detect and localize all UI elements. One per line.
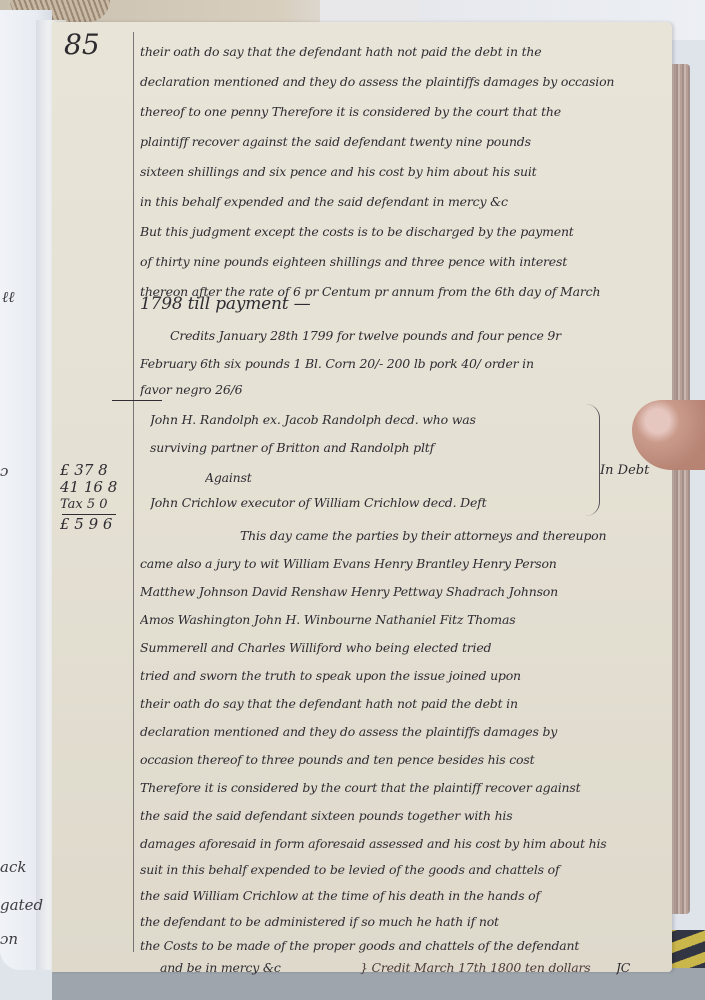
- folio-number: 85: [64, 28, 100, 61]
- text-line: the said the said defendant sixteen poun…: [140, 808, 670, 823]
- text-line: Amos Washington John H. Winbourne Nathan…: [140, 612, 670, 627]
- text-line: declaration mentioned and they do assess…: [140, 74, 670, 89]
- margin-sum-line: 41 16 8: [60, 479, 117, 496]
- text-line: But this judgment except the costs is to…: [140, 224, 670, 239]
- text-line: their oath do say that the defendant hat…: [140, 696, 670, 711]
- text-line: tried and sworn the truth to speak upon …: [140, 668, 670, 683]
- credit-line: Credits January 28th 1799 for twelve pou…: [170, 328, 700, 343]
- text-line: and be in mercy &c: [160, 960, 370, 975]
- text-line: the defendant to be administered if so m…: [140, 914, 670, 929]
- left-page-text: ɔ: [0, 462, 8, 480]
- margin-sum-line: £ 37 8: [60, 462, 108, 479]
- text-line: of thirty nine pounds eighteen shillings…: [140, 254, 670, 269]
- plaintiff-line: surviving partner of Britton and Randolp…: [150, 440, 680, 455]
- defendant-line: John Crichlow executor of William Crichl…: [150, 495, 680, 510]
- text-line: This day came the parties by their attor…: [240, 528, 705, 543]
- credit-line: February 6th six pounds 1 Bl. Corn 20/- …: [140, 356, 670, 371]
- plaintiff-line: John H. Randolph ex. Jacob Randolph decd…: [150, 412, 680, 427]
- margin-sum-total: £ 5 9 6: [60, 516, 112, 533]
- text-line: in this behalf expended and the said def…: [140, 194, 670, 209]
- text-line: their oath do say that the defendant hat…: [140, 44, 670, 59]
- text-line: Matthew Johnson David Renshaw Henry Pett…: [140, 584, 670, 599]
- text-line: came also a jury to wit William Evans He…: [140, 556, 670, 571]
- left-page-text: ɔn: [0, 930, 18, 948]
- text-line: suit in this behalf expended to be levie…: [140, 862, 670, 877]
- text-line: 1798 till payment —: [140, 294, 670, 314]
- left-page-text: gated: [0, 896, 43, 914]
- case-brace: [583, 404, 600, 516]
- margin-sum-line: Tax 5 0: [60, 496, 108, 513]
- text-line: declaration mentioned and they do assess…: [140, 724, 670, 739]
- action-label: In Debt: [600, 463, 649, 478]
- initials-mark: JC: [616, 960, 656, 975]
- text-line: occasion thereof to three pounds and ten…: [140, 752, 670, 767]
- text-line: plaintiff recover against the said defen…: [140, 134, 670, 149]
- left-page-text: ℓℓ: [2, 288, 15, 307]
- section-divider: [112, 400, 162, 401]
- final-credit: } Credit March 17th 1800 ten dollars: [360, 960, 610, 975]
- text-line: Summerell and Charles Williford who bein…: [140, 640, 670, 655]
- text-line: Therefore it is considered by the court …: [140, 780, 670, 795]
- text-line: thereof to one penny Therefore it is con…: [140, 104, 670, 119]
- left-page-text: ack: [0, 858, 26, 876]
- text-line: damages aforesaid in form aforesaid asse…: [140, 836, 670, 851]
- text-line: the Costs to be made of the proper goods…: [140, 938, 670, 953]
- credit-line: favor negro 26/6: [140, 382, 670, 397]
- text-line: sixteen shillings and six pence and his …: [140, 164, 670, 179]
- text-line: the said William Crichlow at the time of…: [140, 888, 670, 903]
- margin-rule: [133, 32, 134, 952]
